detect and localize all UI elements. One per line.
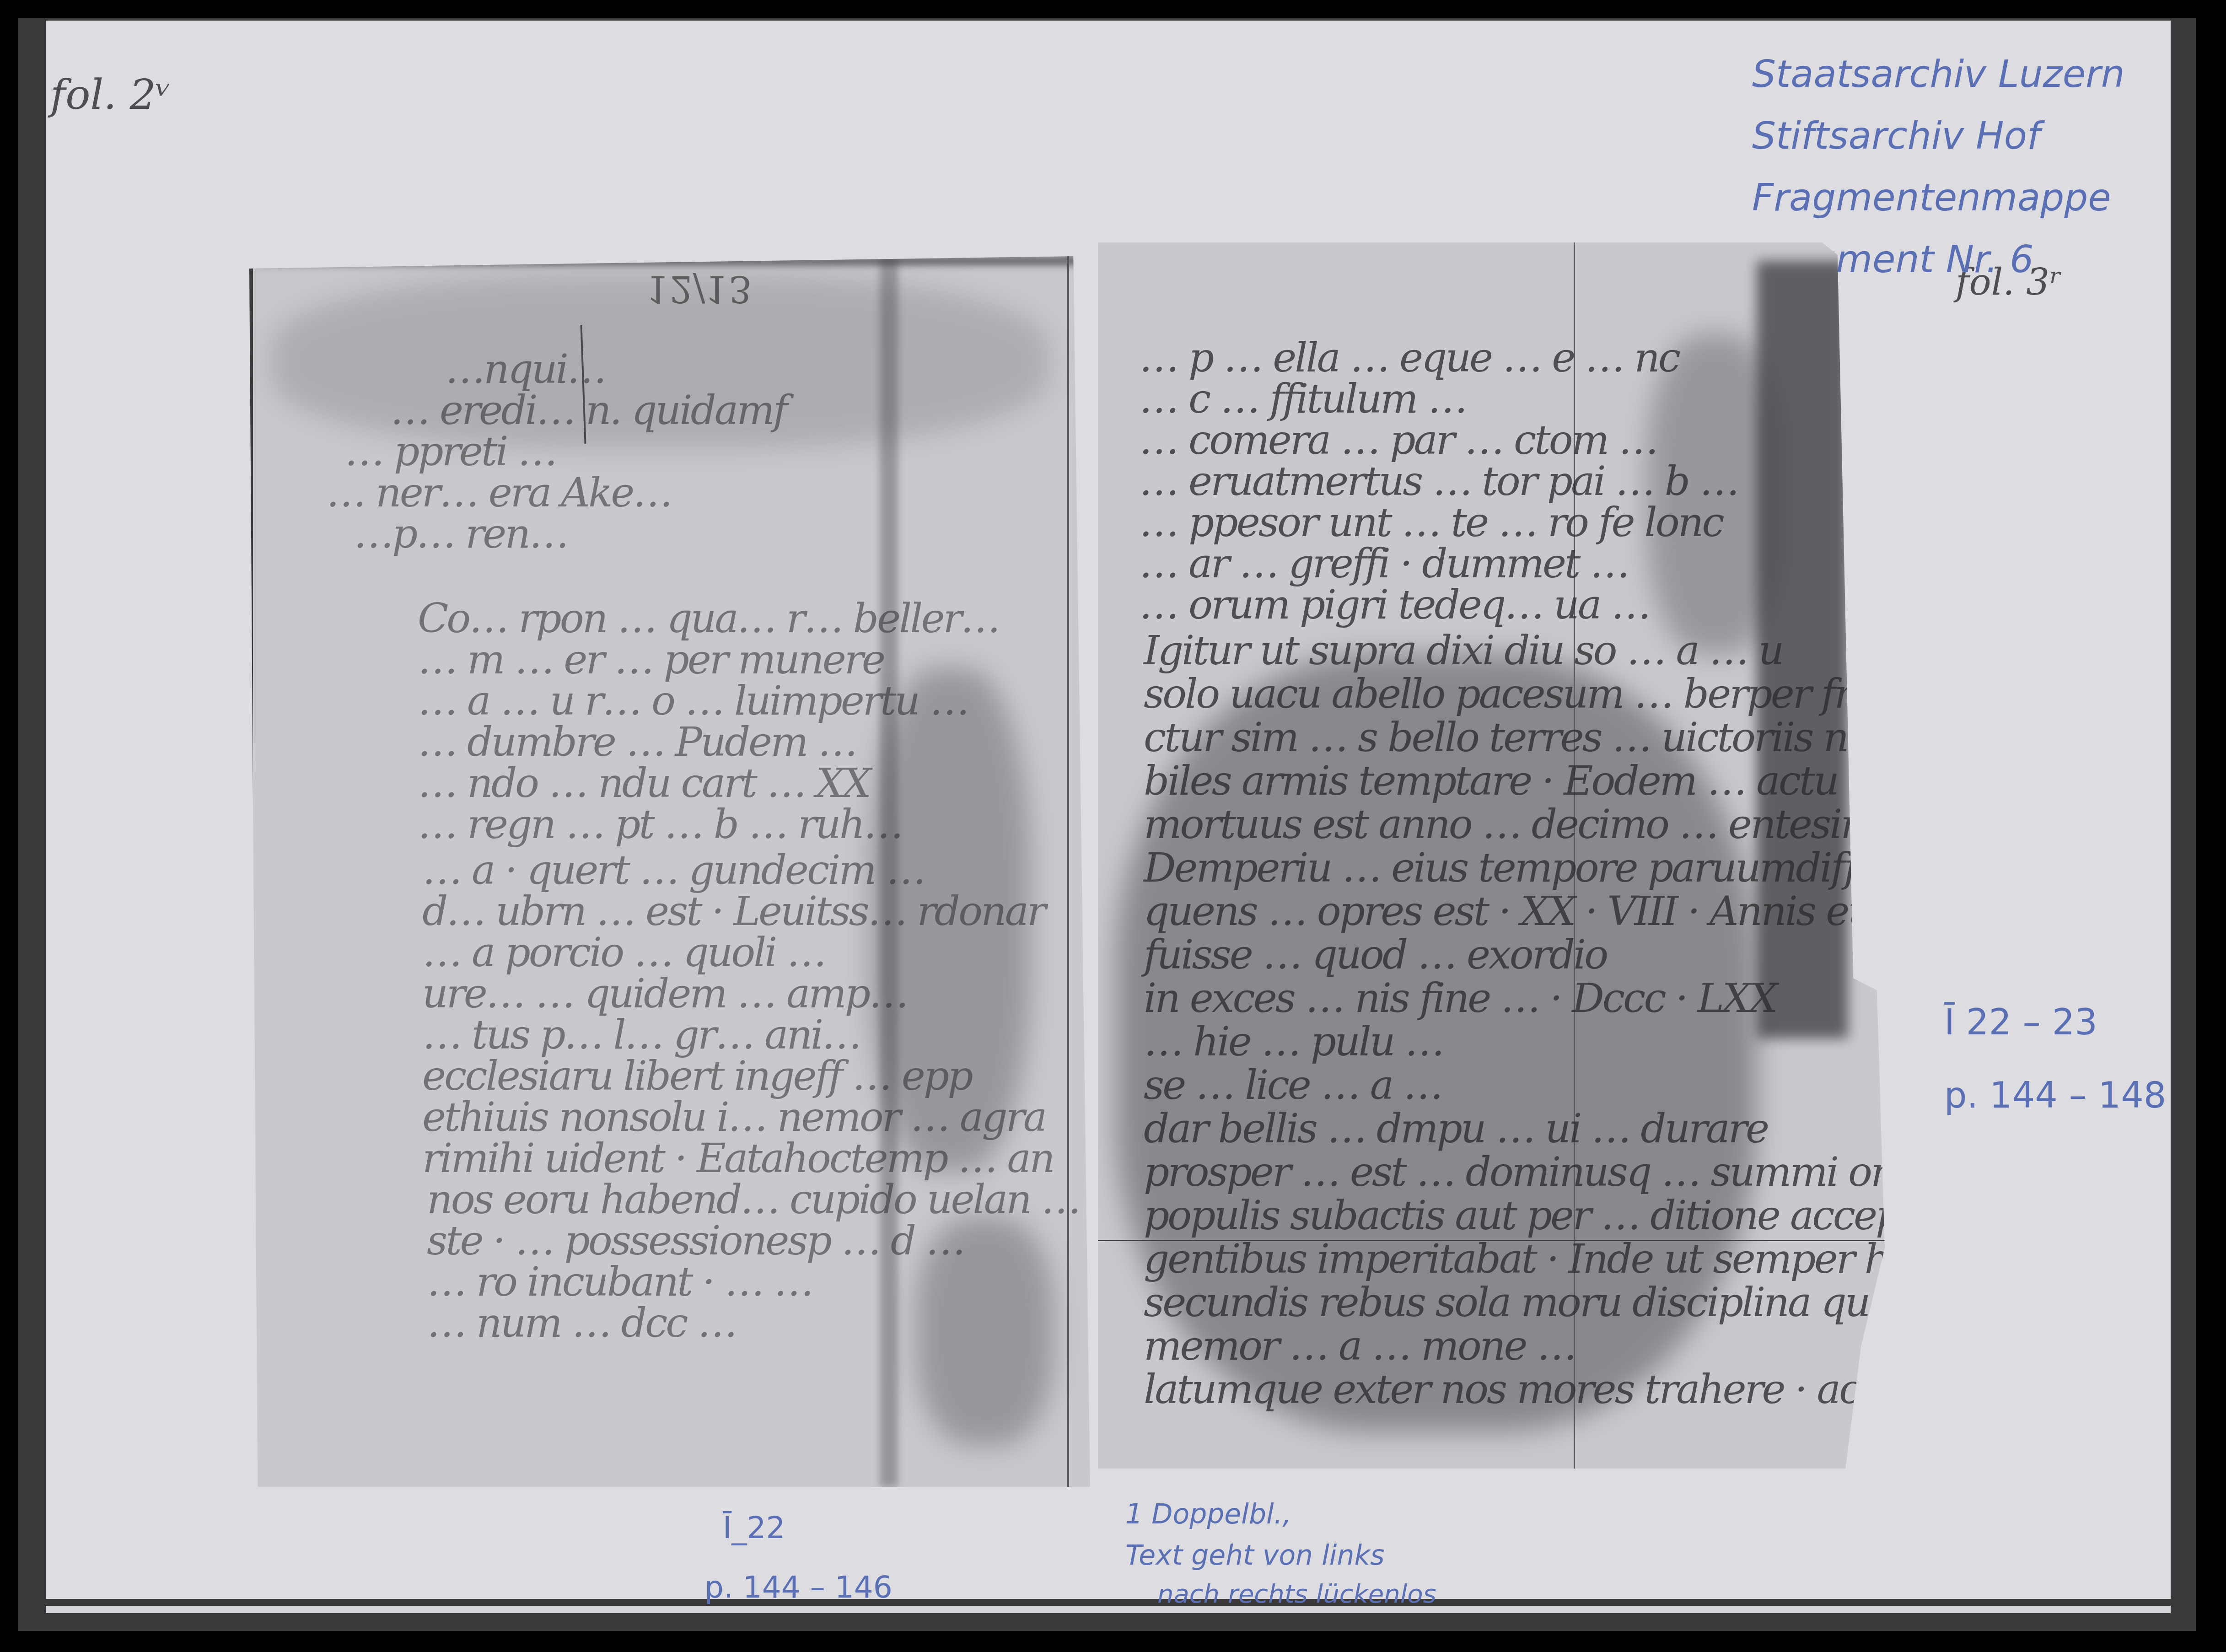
left-page-reference: Ī_22 p. 144 – 146: [704, 1496, 893, 1615]
folio-label-left: fol. 2ᵛ: [50, 71, 171, 119]
right-ref-line: Ī 22 – 23: [1944, 984, 2166, 1061]
bottom-note-line-2: Text geht von links: [1125, 1535, 1404, 1576]
archive-line-2: Stiftsarchiv Hof: [1752, 105, 2125, 167]
manuscript-page-left: 12/13 …nqui… … eredi… n. quidamf … ppret…: [249, 256, 1090, 1487]
bottom-note-line-1: 1 Doppelbl.,: [1125, 1494, 1404, 1535]
left-ref-line: Ī_22: [723, 1496, 911, 1560]
archive-line-3: Fragmentenmappe: [1752, 167, 2125, 229]
bottom-note: 1 Doppelbl., Text geht von links nach re…: [1125, 1494, 1404, 1613]
sheet-bottom-edge: [46, 1606, 2171, 1613]
bottom-note-line-3: nach rechts lückenlos: [1157, 1576, 1436, 1613]
manuscript-page-right: … p … ella … eque … e … nc … c … ffitulu…: [1098, 242, 1885, 1469]
left-pages-line: p. 144 – 146: [704, 1560, 893, 1615]
right-page-reference: Ī 22 – 23 p. 144 – 148: [1944, 984, 2166, 1130]
right-pages-line: p. 144 – 148: [1944, 1061, 2166, 1130]
archive-line-1: Staatsarchiv Luzern: [1752, 43, 2125, 105]
folio-number-marking: 12/13: [646, 268, 752, 310]
